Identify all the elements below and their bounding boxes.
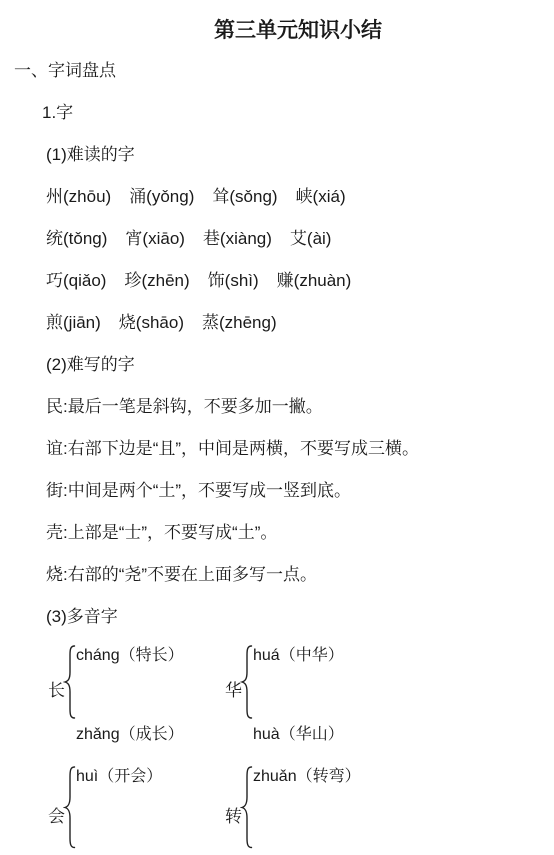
pinyin-row: 州(zhōu) 涌(yǒng) 耸(sǒng) 峡(xiá) xyxy=(46,187,346,207)
pinyin-entry: 赚(zhuàn) xyxy=(277,271,352,291)
pinyin-entry: 统(tǒng) xyxy=(46,229,107,249)
part2-heading: (2)难写的字 xyxy=(46,355,135,375)
polyphone-pron-2: huà（华山） xyxy=(253,726,344,744)
pinyin-row: 巧(qiǎo) 珍(zhēn) 饰(shì) 赚(zhuàn) xyxy=(46,271,351,291)
part1-heading: (1)难读的字 xyxy=(46,145,135,165)
polyphone-group-hui: 会 huì（开会） xyxy=(48,766,248,855)
hard-write-note: 烧:右部的“尧”不要在上面多写一点。 xyxy=(46,565,317,585)
pinyin-row: 煎(jiān) 烧(shāo) 蒸(zhēng) xyxy=(46,313,277,333)
document-page: 第三单元知识小结 一、字词盘点 1.字 (1)难读的字 州(zhōu) 涌(yǒ… xyxy=(0,0,554,855)
polyphone-pron-2: zhǎng（成长） xyxy=(76,726,184,744)
pinyin-entry: 蒸(zhēng) xyxy=(202,313,277,333)
pinyin-entry: 州(zhōu) xyxy=(46,187,111,207)
pinyin-entry: 饰(shì) xyxy=(208,271,259,291)
hard-write-note: 壳:上部是“士”，不要写成“土”。 xyxy=(46,523,277,543)
doc-title: 第三单元知识小结 xyxy=(0,19,554,43)
polyphone-pron-1: huì（开会） xyxy=(76,768,162,786)
polyphone-group-chang: 长 cháng（特长） zhǎng（成长） xyxy=(48,645,248,745)
part3-heading: (3)多音字 xyxy=(46,607,118,627)
brace-icon xyxy=(63,645,77,719)
pinyin-entry: 艾(ài) xyxy=(290,229,332,249)
pinyin-entry: 峡(xiá) xyxy=(296,187,346,207)
brace-icon xyxy=(240,645,254,719)
polyphone-group-zhuan: 转 zhuǎn（转弯） xyxy=(225,766,425,855)
hard-write-note: 民:最后一笔是斜钩，不要多加一撇。 xyxy=(46,397,323,417)
pinyin-entry: 珍(zhēn) xyxy=(124,271,189,291)
polyphone-pron-1: zhuǎn（转弯） xyxy=(253,768,361,786)
brace-icon xyxy=(240,766,254,849)
pinyin-entry: 巧(qiǎo) xyxy=(46,271,106,291)
pinyin-entry: 巷(xiàng) xyxy=(203,229,272,249)
section-heading: 一、字词盘点 xyxy=(14,61,116,81)
pinyin-entry: 耸(sǒng) xyxy=(212,187,277,207)
pinyin-entry: 涌(yǒng) xyxy=(129,187,194,207)
pinyin-entry: 烧(shāo) xyxy=(119,313,184,333)
subsection-heading: 1.字 xyxy=(42,103,73,123)
polyphone-group-hua: 华 huá（中华） huà（华山） xyxy=(225,645,425,745)
hard-write-note: 谊:右部下边是“且”，中间是两横，不要写成三横。 xyxy=(46,439,419,459)
polyphone-pron-1: huá（中华） xyxy=(253,647,344,665)
pinyin-entry: 宵(xiāo) xyxy=(125,229,185,249)
polyphone-pron-1: cháng（特长） xyxy=(76,647,184,665)
pinyin-row: 统(tǒng) 宵(xiāo) 巷(xiàng) 艾(ài) xyxy=(46,229,331,249)
hard-write-note: 街:中间是两个“土”，不要写成一竖到底。 xyxy=(46,481,351,501)
brace-icon xyxy=(63,766,77,849)
pinyin-entry: 煎(jiān) xyxy=(46,313,101,333)
